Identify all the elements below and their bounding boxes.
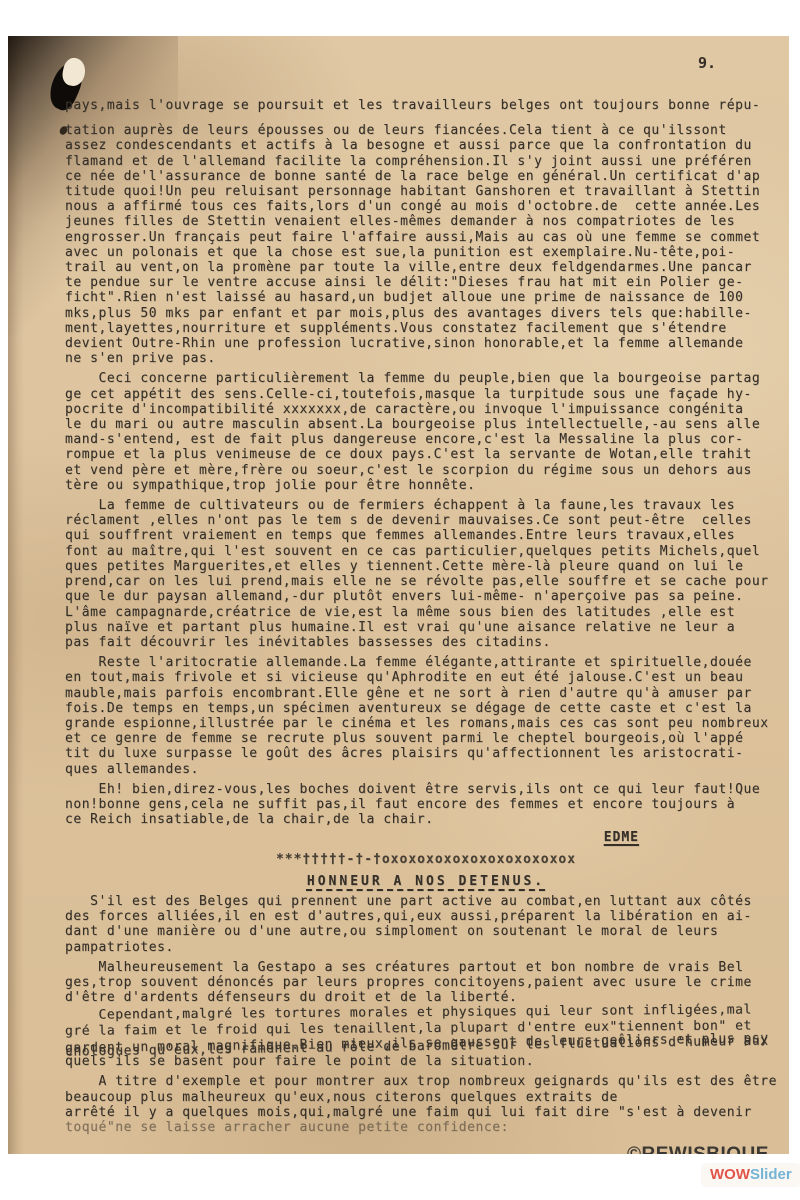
- typed-line: L'âme campagnarde,créatrice de vie,est l…: [65, 605, 787, 620]
- page-number: 9.: [698, 54, 716, 72]
- typed-line: prend,car on les lui prend,mais elle ne …: [65, 574, 787, 589]
- typed-line: mks,plus 50 mks par enfant et par mois,p…: [65, 306, 787, 321]
- typed-line: non!bonne gens,cela ne suffit pas,il fau…: [65, 797, 787, 812]
- typed-line: tère ou sympathique,trop jolie pour être…: [65, 478, 787, 493]
- typed-line: des forces alliées,il en est d'autres,qu…: [65, 909, 787, 924]
- typed-line: ges,trop souvent dénoncés par leurs prop…: [65, 975, 787, 990]
- wowslider-badge-slider: Slider: [750, 1166, 792, 1183]
- typed-line: devient Outre-Rhin une profession lucrat…: [65, 336, 787, 351]
- typed-line: trail au vent,on la promène par toute la…: [65, 260, 787, 275]
- typed-line: pocrite d'incompatibilité xxxxxxx,de car…: [65, 402, 787, 417]
- typed-line: avec un polonais et que la chose est sue…: [65, 245, 787, 260]
- typed-line: toqué"ne se laisse arracher aucune petit…: [65, 1120, 787, 1135]
- author-signature: EDME: [65, 830, 787, 845]
- typed-line: le du mari ou autre masculin absent.La b…: [65, 417, 787, 432]
- typed-line: La femme de cultivateurs ou de fermiers …: [65, 498, 787, 513]
- typed-line: pas fait découvrir les inévitables basse…: [65, 635, 787, 650]
- typed-line: en tout,mais frivole et si vicieuse qu'A…: [65, 670, 787, 685]
- typed-line: ne s'en prive pas.: [65, 351, 787, 366]
- wowslider-badge[interactable]: WOWSlider: [702, 1164, 800, 1186]
- typed-line: Malheureusement la Gestapo a ses créatur…: [65, 960, 787, 975]
- typed-line: A titre d'exemple et pour montrer aux tr…: [65, 1074, 787, 1089]
- typed-line: Reste l'aritocratie allemande.La femme é…: [65, 655, 787, 670]
- typed-line: ce née de'l'assurance de bonne santé de …: [65, 169, 787, 184]
- typed-line: titude quoi!Un peu reluisant personnage …: [65, 184, 787, 199]
- typed-line: te pendue sur le ventre accuse ainsi le …: [65, 275, 787, 290]
- typed-line: dant d'une manière ou d'une autre,ou sim…: [65, 924, 787, 939]
- wowslider-badge-wow: WOW: [710, 1166, 750, 1183]
- ornament-divider: ***†††††-†-†oxoxoxoxoxoxoxoxoxoxox: [65, 852, 787, 867]
- typed-line: ge cet appétit des sens.Celle-ci,toutefo…: [65, 387, 787, 402]
- typed-line: mand-s'entend, est de fait plus dangereu…: [65, 432, 787, 447]
- typed-line: et ce genre de femme se recrute plus sou…: [65, 731, 787, 746]
- typed-line: nous a affirmé tous ces faits,lors d'un …: [65, 199, 787, 214]
- typed-line: fois.De temps en temps,un spécimen avent…: [65, 701, 787, 716]
- page-background: 9. pays,mais l'ouvrage se poursuit et le…: [0, 0, 800, 1200]
- typed-line: engrosser.Un français peut faire l'affai…: [65, 230, 787, 245]
- typed-line: ficht".Rien n'est laissé au hasard,un bu…: [65, 290, 787, 305]
- typed-line: flamand et de l'allemand facilite la com…: [65, 154, 787, 169]
- typed-line: pampatriotes.: [65, 940, 787, 955]
- typed-line: assez condescendants et actifs à la beso…: [65, 138, 787, 153]
- typed-line: ques petites Marguerites,et elles y tien…: [65, 559, 787, 574]
- typed-line: Ceci concerne particulièrement la femme …: [65, 371, 787, 386]
- typed-line: rompue et la plus venimeuse de ce doux p…: [65, 447, 787, 462]
- typed-line: pays,mais l'ouvrage se poursuit et les t…: [65, 98, 787, 113]
- typed-line: que le dur paysan allemand,-dur plutôt e…: [65, 589, 787, 604]
- typed-line: S'il est des Belges qui prennent une par…: [65, 894, 787, 909]
- typed-line: qui souffrent vraiement en temps que fem…: [65, 528, 787, 543]
- typed-line: tation auprès de leurs épousses ou de le…: [65, 123, 787, 138]
- section-heading: HONNEUR A NOS DETENUS.: [65, 874, 787, 889]
- typed-line: ques allemandes.: [65, 762, 787, 777]
- typed-line: jeunes filles de Stettin venaient elles-…: [65, 214, 787, 229]
- typed-line: ce Reich insatiable,de la chair,de la ch…: [65, 812, 787, 827]
- typed-line: font au maître,qui l'est souvent en ce c…: [65, 544, 787, 559]
- typed-line: grande espionne,illustrée par le cinéma …: [65, 716, 787, 731]
- typed-line: et vend père et mère,frère ou soeur,c'es…: [65, 463, 787, 478]
- typed-line: plus naïve et partant plus humaine.Il es…: [65, 620, 787, 635]
- typed-line: ment,layettes,nourriture et suppléments.…: [65, 321, 787, 336]
- typed-line: tit du luxe surpasse le goût des âcres p…: [65, 746, 787, 761]
- typed-line: mauble,mais parfois encombrant.Elle gêne…: [65, 686, 787, 701]
- typed-line: Eh! bien,direz-vous,les boches doivent ê…: [65, 782, 787, 797]
- document-scan: 9. pays,mais l'ouvrage se poursuit et le…: [8, 36, 789, 1154]
- typed-line: arrêté il y a quelques mois,qui,malgré u…: [65, 1105, 787, 1120]
- copyright-watermark: ©REWISBIQUE: [627, 1144, 769, 1154]
- typed-text-body: pays,mais l'ouvrage se poursuit et les t…: [65, 98, 787, 1135]
- typed-line: réclament ,elles n'ont pas le tem s de d…: [65, 513, 787, 528]
- typed-line: beaucoup plus malheureux qu'eux,nous cit…: [65, 1090, 787, 1105]
